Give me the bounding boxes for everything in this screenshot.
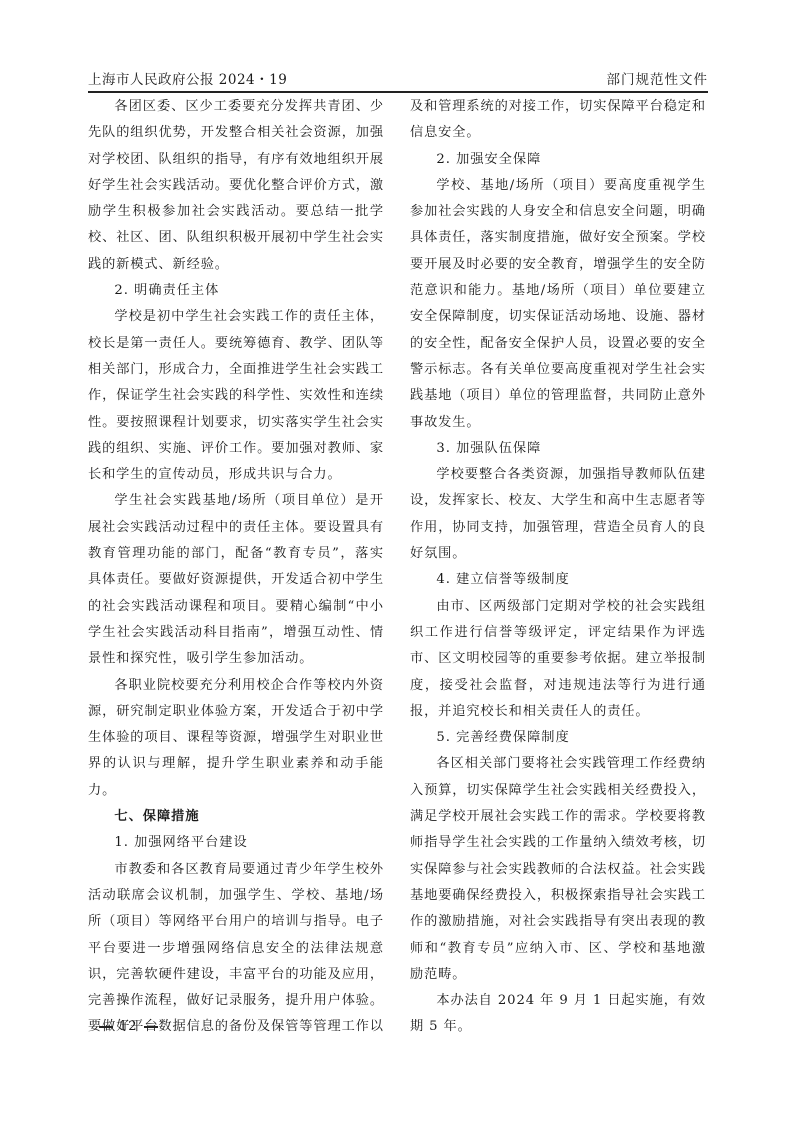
publication-title: 上海市人民政府公报 2024・19	[88, 68, 287, 88]
left-column: 各团区委、区少工委要充分发挥共青团、少先队的组织优势，开发整合相关社会资源，加强…	[88, 94, 384, 1041]
subsection-heading: 5. 完善经费保障制度	[410, 725, 706, 751]
paragraph: 各区相关部门要将社会实践管理工作经费纳入预算，切实保障学生社会实践相关经费投入，…	[410, 751, 706, 988]
paragraph: 学校、基地/场所（项目）要高度重视学生参加社会实践的人身安全和信息安全问题，明确…	[410, 173, 706, 436]
dash-right	[144, 1026, 158, 1028]
subsection-heading: 1. 加强网络平台建设	[88, 830, 384, 856]
subsection-heading: 2. 加强安全保障	[410, 147, 706, 173]
header-divider	[88, 91, 708, 93]
subsection-heading: 2. 明确责任主体	[88, 278, 384, 304]
section-title: 部门规范性文件	[607, 68, 709, 88]
paragraph: 市教委和各区教育局要通过青少年学生校外活动联席会议机制，加强学生、学校、基地/场…	[88, 857, 384, 1041]
subsection-heading: 4. 建立信誉等级制度	[410, 567, 706, 593]
subsection-heading: 3. 加强队伍保障	[410, 436, 706, 462]
page-footer: 12	[93, 1019, 164, 1034]
right-column: 及和管理系统的对接工作，切实保障平台稳定和信息安全。2. 加强安全保障学校、基地…	[410, 94, 706, 1041]
paragraph-continued: 及和管理系统的对接工作，切实保障平台稳定和信息安全。	[410, 94, 706, 147]
running-header: 上海市人民政府公报 2024・19 部门规范性文件	[88, 66, 708, 92]
paragraph: 学校是初中学生社会实践工作的责任主体，校长是第一责任人。要统筹德育、教学、团队等…	[88, 304, 384, 488]
paragraph: 学生社会实践基地/场所（项目单位）是开展社会实践活动过程中的责任主体。要设置具有…	[88, 488, 384, 672]
paragraph: 各职业院校要充分利用校企合作等校内外资源，研究制定职业体验方案，开发适合于初中学…	[88, 673, 384, 804]
paragraph: 学校要整合各类资源，加强指导教师队伍建设，发挥家长、校友、大学生和高中生志愿者等…	[410, 462, 706, 567]
section-heading: 七、保障措施	[88, 804, 384, 830]
paragraph: 各团区委、区少工委要充分发挥共青团、少先队的组织优势，开发整合相关社会资源，加强…	[88, 94, 384, 278]
paragraph: 本办法自 2024 年 9 月 1 日起实施，有效期 5 年。	[410, 988, 706, 1041]
dash-left	[99, 1026, 113, 1028]
page-number: 12	[119, 1019, 138, 1034]
paragraph: 由市、区两级部门定期对学校的社会实践组织工作进行信誉等级评定，评定结果作为评选市…	[410, 594, 706, 725]
